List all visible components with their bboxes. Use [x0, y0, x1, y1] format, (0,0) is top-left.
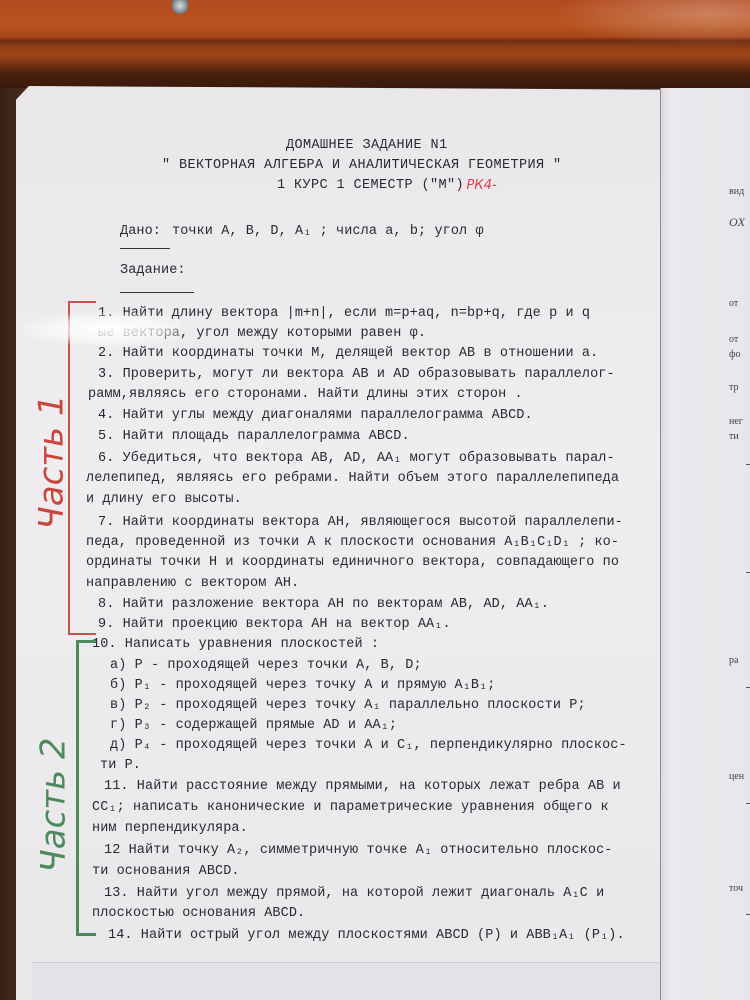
task-6-line-3: и длину его высоты.: [86, 492, 242, 507]
task-10-b: б) P₁ - проходящей через точку A и пряму…: [110, 678, 495, 693]
task-underline: [120, 292, 194, 293]
given-underline: [120, 248, 170, 249]
part-1-label: Часть 1: [32, 394, 72, 529]
task-11-line-2: CC₁; написать канонические и параметриче…: [92, 800, 609, 815]
task-7-line-1: 7. Найти координаты вектора AH, являющег…: [98, 515, 623, 530]
task-label: Задание:: [120, 263, 186, 278]
task-14: 14. Найти острый угол между плоскостями …: [108, 928, 625, 943]
task-10-a: а) P - проходящей через точки A, B, D;: [110, 658, 422, 673]
header-course: 1 КУРС 1 СЕМЕСТР ("М"): [277, 178, 464, 193]
task-5: 5. Найти площадь параллелограмма ABCD.: [98, 429, 410, 444]
given-text: точки A, B, D, A₁ ; числа a, b; угол φ: [172, 224, 484, 239]
handwritten-group-note: , РК4-: [458, 178, 497, 193]
task-6-line-1: 6. Убедиться, что вектора AB, AD, AA₁ мо…: [98, 451, 615, 466]
task-10-v: в) P₂ - проходящей через точку A₁ паралл…: [110, 698, 586, 713]
task-11-line-1: 11. Найти расстояние между прямыми, на к…: [104, 779, 621, 794]
task-7-line-3: ординаты точки H и координаты единичного…: [86, 555, 619, 570]
header-title: ДОМАШНЕЕ ЗАДАНИЕ N1: [286, 138, 448, 153]
task-2: 2. Найти координаты точки M, делящей век…: [98, 346, 598, 361]
part-2-label: Часть 2: [34, 737, 74, 872]
task-10-d: д) P₄ - проходящей через точки A и C₁, п…: [110, 738, 627, 753]
task-11-line-3: ним перпендикуляра.: [92, 821, 248, 836]
task-4: 4. Найти углы между диагоналями параллел…: [98, 408, 533, 423]
task-12-line-1: 12 Найти точку A₂, симметричную точке A₁…: [104, 843, 612, 858]
task-10-d-cont: ти P.: [100, 758, 141, 773]
part-1-bracket: [68, 301, 96, 635]
task-12-line-2: ти основания ABCD.: [92, 864, 240, 879]
homework-document: ДОМАШНЕЕ ЗАДАНИЕ N1 " ВЕКТОРНАЯ АЛГЕБРА …: [0, 0, 750, 1000]
part-2-bracket: [76, 640, 96, 936]
task-9: 9. Найти проекцию вектора AH на вектор A…: [98, 617, 451, 632]
task-10-g: г) P₃ - содержащей прямые AD и AA₁;: [110, 718, 397, 733]
task-13-line-2: плоскостью основания ABCD.: [92, 906, 305, 921]
header-subject: " ВЕКТОРНАЯ АЛГЕБРА И АНАЛИТИЧЕСКАЯ ГЕОМ…: [162, 158, 562, 173]
task-7-line-2: педа, проведенной из точки A к плоскости…: [86, 535, 619, 550]
task-7-line-4: направлению с вектором AH.: [86, 576, 299, 591]
light-glare: [20, 312, 180, 346]
task-3-line-1: 3. Проверить, могут ли вектора AB и AD о…: [98, 367, 615, 382]
task-8: 8. Найти разложение вектора AH по вектор…: [98, 597, 549, 612]
task-13-line-1: 13. Найти угол между прямой, на которой …: [104, 886, 604, 901]
task-6-line-2: лелепипед, являясь его ребрами. Найти об…: [86, 471, 619, 486]
given-prefix: Дано:: [120, 224, 161, 239]
task-3-line-2: рамм,являясь его сторонами. Найти длины …: [88, 387, 523, 402]
task-10-heading: 10. Написать уравнения плоскостей :: [92, 637, 379, 652]
